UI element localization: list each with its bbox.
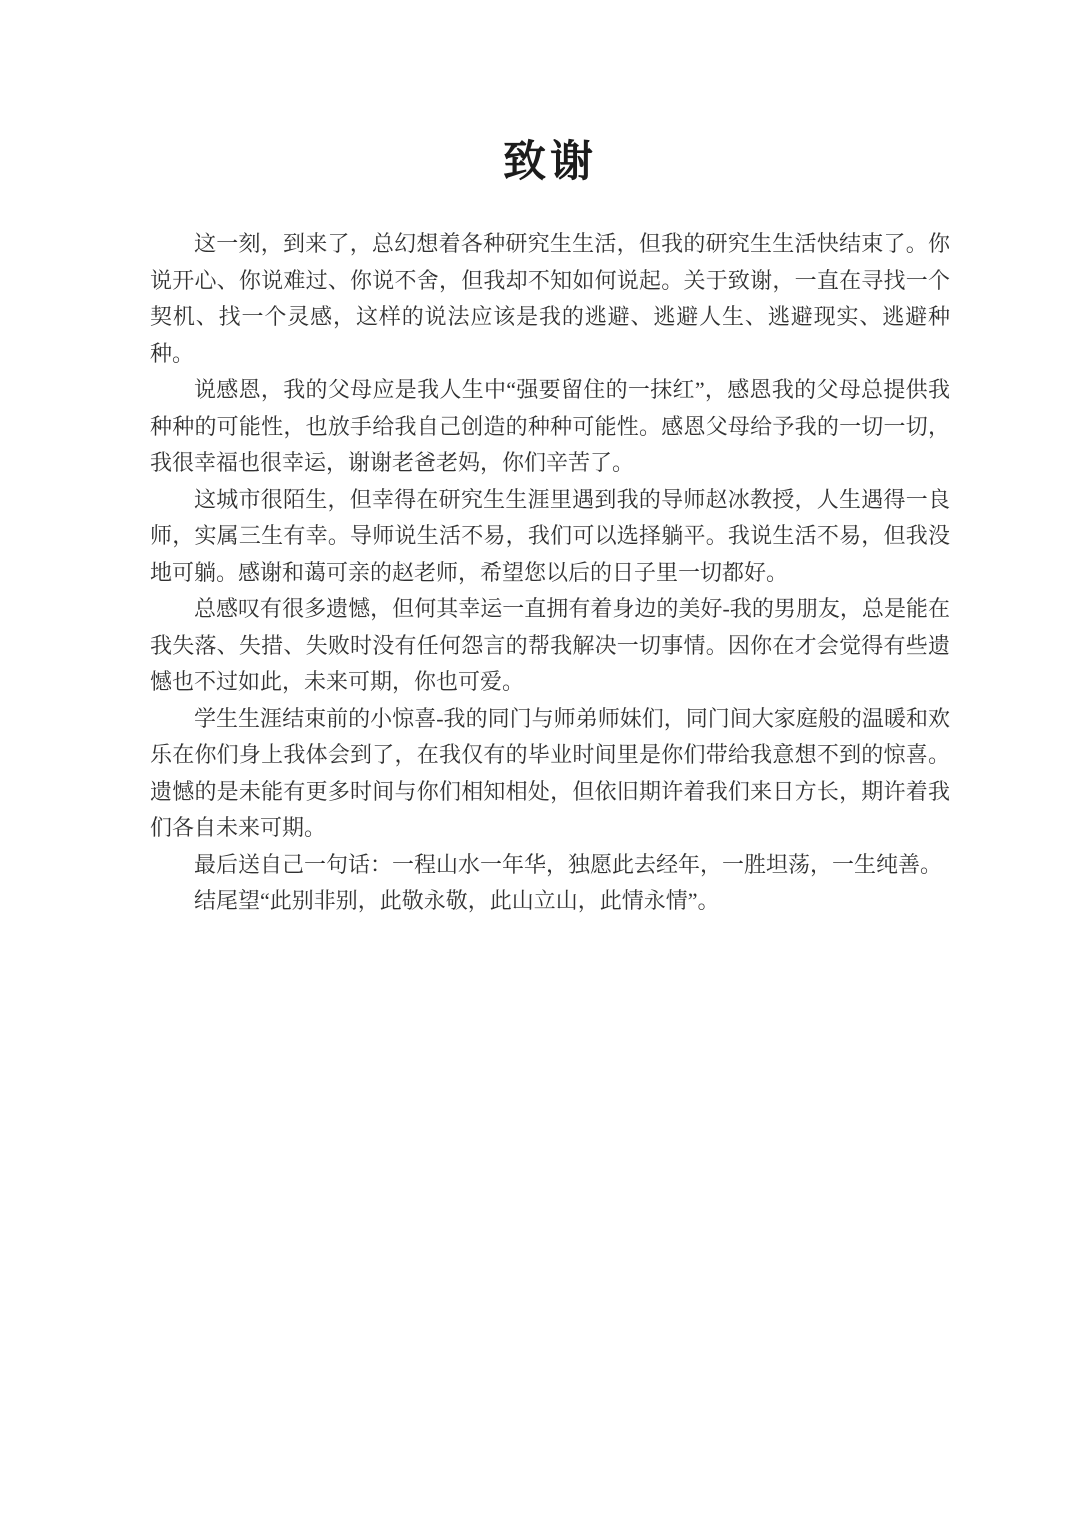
paragraph-closing: 结尾望“此别非别，此敬永敬，此山立山，此情永情”。: [150, 883, 950, 920]
paragraph-intro: 这一刻，到来了，总幻想着各种研究生生活，但我的研究生生活快结束了。你说开心、你说…: [150, 226, 950, 372]
paragraph-self-message: 最后送自己一句话：一程山水一年华，独愿此去经年，一胜坦荡，一生纯善。: [150, 847, 950, 884]
paragraph-boyfriend: 总感叹有很多遗憾，但何其幸运一直拥有着身边的美好-我的男朋友，总是能在我失落、失…: [150, 591, 950, 701]
document-body: 这一刻，到来了，总幻想着各种研究生生活，但我的研究生生活快结束了。你说开心、你说…: [150, 226, 950, 920]
paragraph-parents: 说感恩，我的父母应是我人生中“强要留住的一抹红”，感恩我的父母总提供我种种的可能…: [150, 372, 950, 482]
paragraph-labmates: 学生生涯结束前的小惊喜-我的同门与师弟师妹们，同门间大家庭般的温暖和欢乐在你们身…: [150, 701, 950, 847]
document-page: 致谢 这一刻，到来了，总幻想着各种研究生生活，但我的研究生生活快结束了。你说开心…: [0, 0, 1080, 1528]
paragraph-advisor: 这城市很陌生，但幸得在研究生生涯里遇到我的导师赵冰教授，人生遇得一良师，实属三生…: [150, 482, 950, 592]
document-content: 致谢 这一刻，到来了，总幻想着各种研究生生活，但我的研究生生活快结束了。你说开心…: [150, 0, 950, 920]
page-title: 致谢: [150, 138, 950, 186]
